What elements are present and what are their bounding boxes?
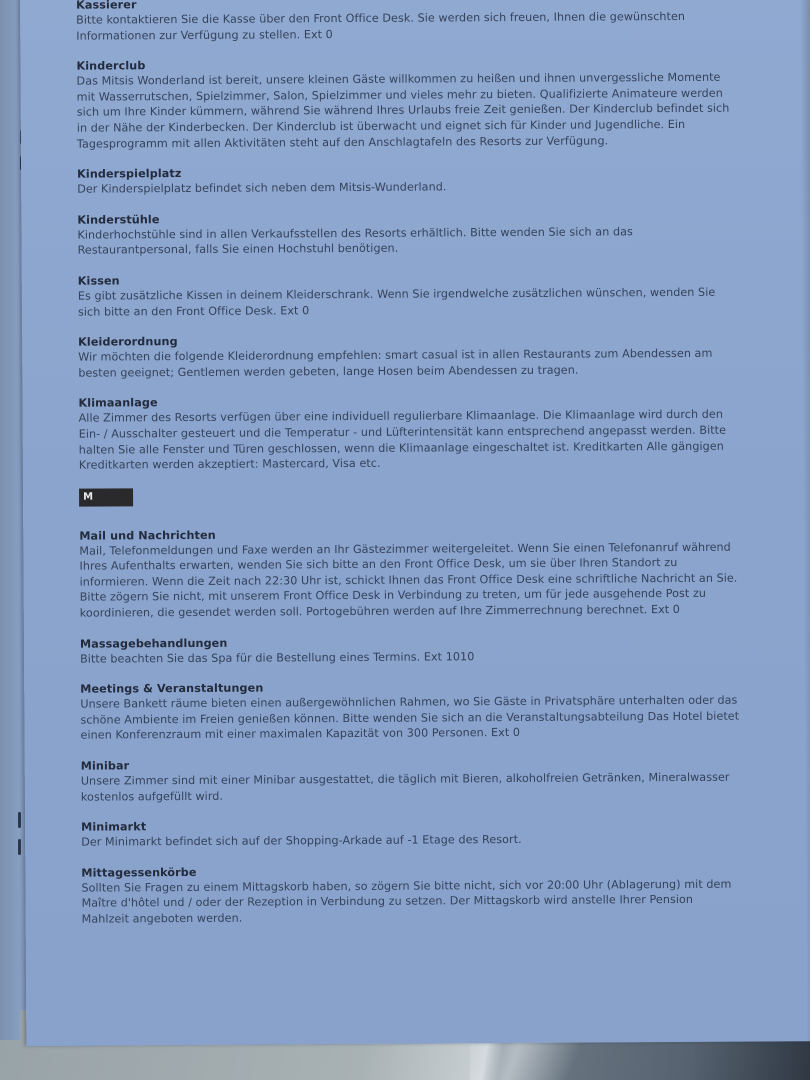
page-content: Kassierer Bitte kontaktieren Sie die Kas… — [76, 0, 742, 942]
entry-body: Bitte kontaktieren Sie die Kasse über de… — [76, 9, 736, 44]
entry-body: Der Kinderspielplatz befindet sich neben… — [77, 178, 737, 198]
entry-kleiderordnung: Kleiderordnung Wir möchten die folgende … — [78, 331, 738, 381]
photo-scene: Kassierer Bitte kontaktieren Sie die Kas… — [0, 0, 810, 1080]
entry-kinderspielplatz: Kinderspielplatz Der Kinderspielplatz be… — [77, 163, 737, 198]
entry-kissen: Kissen Es gibt zusätzliche Kissen in dei… — [78, 270, 738, 320]
booklet-spine — [0, 0, 20, 1040]
entry-minimarkt: Minimarkt Der Minimarkt befindet sich au… — [81, 816, 741, 851]
entry-body: Bitte beachten Sie das Spa für die Beste… — [80, 647, 740, 667]
entry-meetings-veranstaltungen: Meetings & Veranstaltungen Unsere Banket… — [80, 678, 740, 744]
entry-massagebehandlungen: Massagebehandlungen Bitte beachten Sie d… — [80, 632, 740, 667]
entry-kinderstuehle: Kinderstühle Kinderhochstühle sind in al… — [77, 208, 737, 258]
entry-body: Mail, Telefonmeldungen und Faxe werden a… — [79, 539, 739, 621]
staple-icon — [18, 839, 21, 855]
entry-body: Sollten Sie Fragen zu einem Mittagskorb … — [81, 876, 741, 927]
entry-body: Kinderhochstühle sind in allen Verkaufss… — [77, 223, 737, 258]
entry-body: Das Mitsis Wonderland ist bereit, unsere… — [76, 70, 736, 152]
entry-minibar: Minibar Unsere Zimmer sind mit einer Min… — [81, 755, 741, 805]
entry-kinderclub: Kinderclub Das Mitsis Wonderland ist ber… — [76, 55, 737, 152]
section-letter-badge: M — [79, 488, 133, 506]
entry-body: Es gibt zusätzliche Kissen in deinem Kle… — [78, 285, 738, 320]
entry-body: Unsere Bankett räume bieten einen außerg… — [80, 693, 740, 744]
document-page: Kassierer Bitte kontaktieren Sie die Kas… — [20, 0, 810, 1046]
entry-klimaanlage: Klimaanlage Alle Zimmer des Resorts verf… — [78, 392, 738, 473]
entry-body: Alle Zimmer des Resorts verfügen über ei… — [79, 407, 739, 473]
entry-body: Wir möchten die folgende Kleiderordnung … — [78, 346, 738, 381]
staple-icon — [18, 812, 21, 828]
entry-body: Der Minimarkt befindet sich auf der Shop… — [81, 831, 741, 851]
entry-mittagessenkoerbe: Mittagessenkörbe Sollten Sie Fragen zu e… — [81, 861, 741, 927]
entry-body: Unsere Zimmer sind mit einer Minibar aus… — [81, 770, 741, 805]
entry-mail-und-nachrichten: Mail und Nachrichten Mail, Telefonmeldun… — [79, 524, 740, 621]
entry-kassierer: Kassierer Bitte kontaktieren Sie die Kas… — [76, 0, 736, 44]
